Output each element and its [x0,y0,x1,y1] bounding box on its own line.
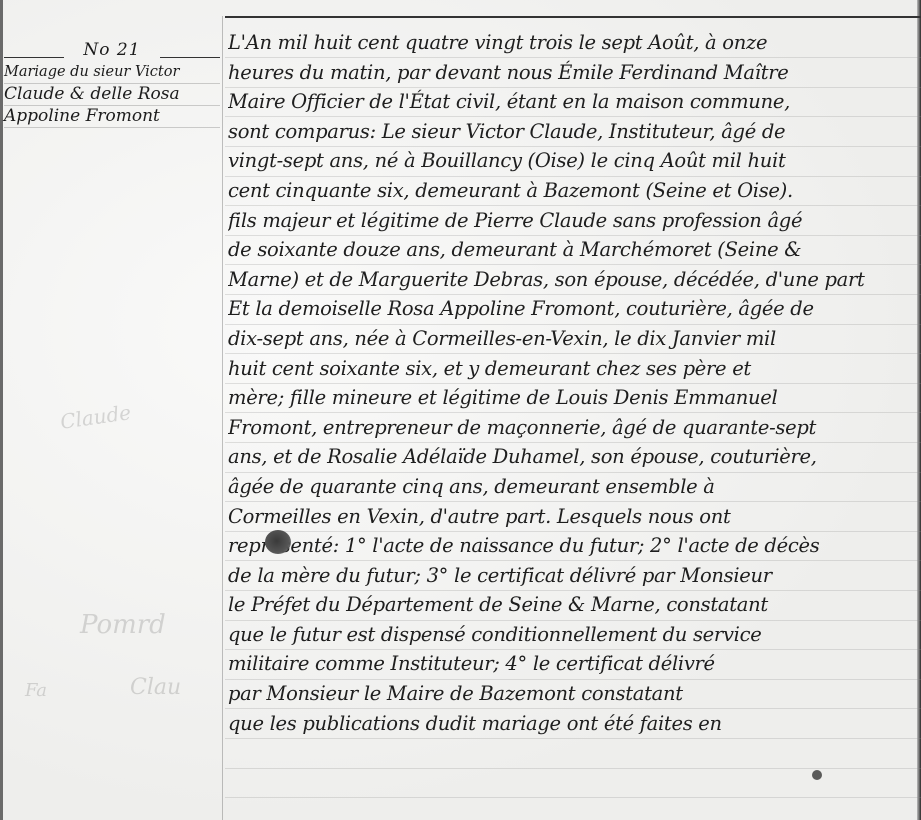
body-line: sont comparus: Le sieur Victor Claude, I… [228,117,916,147]
body-line: ans, et de Rosalie Adélaïde Duhamel, son… [228,442,916,472]
body-line: Maire Officier de l'État civil, étant en… [228,87,916,117]
body-line: Fromont, entrepreneur de maçonnerie, âgé… [228,413,916,443]
entry-title-line: Claude & delle Rosa [4,84,220,106]
body-line: L'An mil huit cent quatre vingt trois le… [228,28,916,58]
page-right-edge [917,0,921,820]
bleed-through-mark: Claude [59,400,133,434]
body-line: de la mère du futur; 3° le certificat dé… [228,561,916,591]
header-rule [225,16,921,18]
body-line: Cormeilles en Vexin, d'autre part. Lesqu… [228,502,916,532]
entry-number-row: No 21 [4,40,220,62]
entry-title-line: Appoline Fromont [4,106,220,128]
margin-entry: No 21 Mariage du sieur Victor Claude & d… [4,40,220,128]
body-line: de soixante douze ans, demeurant à March… [228,235,916,265]
body-line: cent cinquante six, demeurant à Bazemont… [228,176,916,206]
body-line: militaire comme Instituteur; 4° le certi… [228,649,916,679]
register-page: No 21 Mariage du sieur Victor Claude & d… [0,0,921,820]
margin-divider [222,16,223,820]
body-line: que les publications dudit mariage ont é… [228,709,916,739]
ruled-line [225,768,921,769]
entry-title-line: Mariage du sieur Victor [4,62,220,84]
body-line: vingt-sept ans, né à Bouillancy (Oise) l… [228,146,916,176]
entry-body: L'An mil huit cent quatre vingt trois le… [228,28,916,738]
body-line: âgée de quarante cinq ans, demeurant ens… [228,472,916,502]
body-line: Et la demoiselle Rosa Appoline Fromont, … [228,294,916,324]
body-line: représenté: 1° l'acte de naissance du fu… [228,531,916,561]
body-line: huit cent soixante six, et y demeurant c… [228,354,916,384]
body-line: le Préfet du Département de Seine & Marn… [228,590,916,620]
page-left-edge [0,0,3,820]
body-line: dix-sept ans, née à Cormeilles-en-Vexin,… [228,324,916,354]
ruled-line [225,797,921,798]
ink-blot [265,530,291,554]
ink-smudge [812,770,822,780]
body-line: par Monsieur le Maire de Bazemont consta… [228,679,916,709]
body-line: heures du matin, par devant nous Émile F… [228,58,916,88]
bleed-through-mark: Pomrd [80,610,166,640]
body-line: Marne) et de Marguerite Debras, son épou… [228,265,916,295]
bleed-through-mark: Fa [25,680,47,701]
body-line: mère; fille mineure et légitime de Louis… [228,383,916,413]
body-line: que le futur est dispensé conditionnelle… [228,620,916,650]
bleed-through-mark: Clau [130,675,181,700]
body-line: fils majeur et légitime de Pierre Claude… [228,206,916,236]
entry-number: No 21 [83,40,140,60]
